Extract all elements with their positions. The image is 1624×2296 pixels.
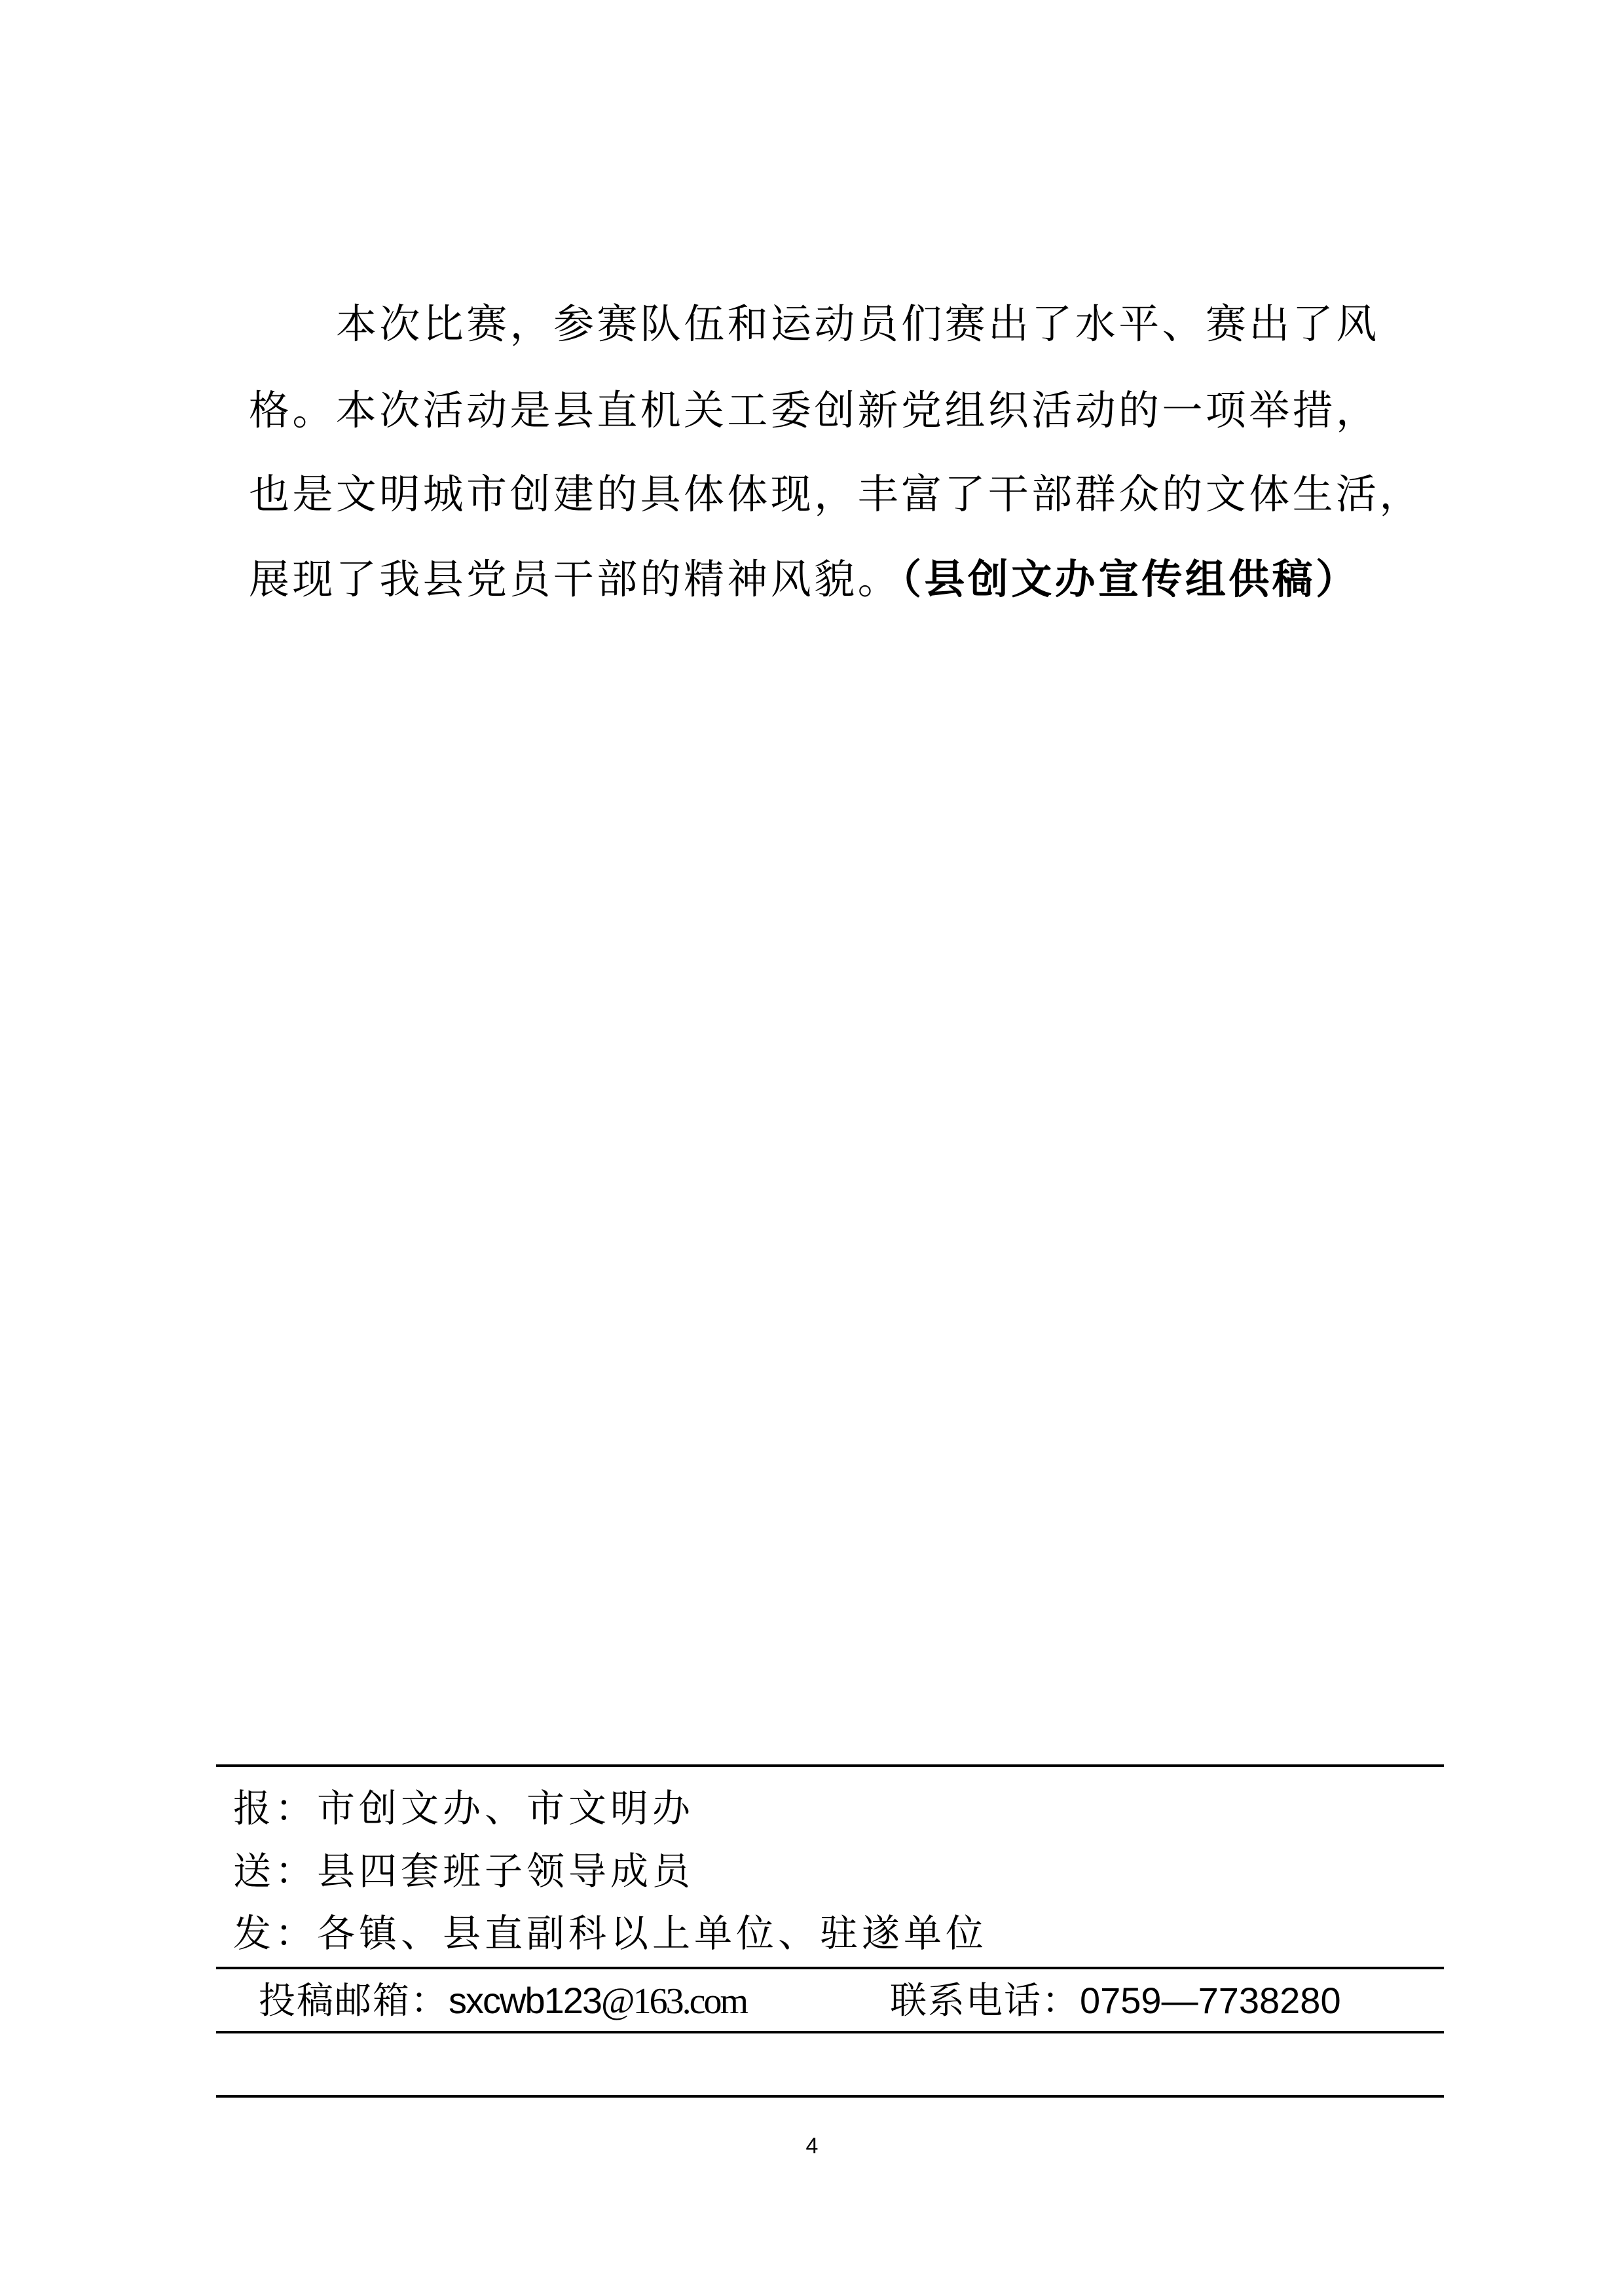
contact-email: 投稿邮箱：sxcwb123@163.com: [259, 1977, 747, 2024]
contact-phone: 联系电话：0759—7738280: [890, 1977, 1341, 2024]
email-label: 投稿邮箱：: [259, 1980, 449, 2022]
send-to-label: 送：: [233, 1849, 317, 1893]
paragraph-line-4: 展现了我县党员干部的精神风貌。（县创文办宣传组供稿）: [249, 556, 1359, 602]
paragraph-line-4-text: 展现了我县党员干部的精神风貌。: [249, 555, 901, 603]
paragraph-line-1: 本次比赛，参赛队伍和运动员们赛出了水平、赛出了风: [336, 301, 1380, 347]
email-domain: @163.com: [601, 1981, 747, 2022]
issue-to-label: 发：: [233, 1911, 317, 1956]
document-page: 本次比赛，参赛队伍和运动员们赛出了水平、赛出了风 格。本次活动是县直机关工委创新…: [0, 0, 1624, 2296]
issue-to-value: 各镇、县直副科以上单位、驻遂单位: [317, 1911, 987, 1956]
footer-rule-top: [216, 1764, 1444, 1767]
source-credit: （县创文办宣传组供稿）: [901, 555, 1359, 603]
email-user: sxcwb123: [449, 1980, 601, 2021]
phone-label: 联系电话：: [890, 1980, 1080, 2022]
footer-rule-middle: [216, 1967, 1444, 1969]
distribution-report-to: 报：市创文办、市文明办: [233, 1785, 694, 1831]
distribution-send-to: 送：县四套班子领导成员: [233, 1848, 694, 1894]
distribution-issue-to: 发：各镇、县直副科以上单位、驻遂单位: [233, 1910, 987, 1956]
report-to-value: 市创文办、市文明办: [317, 1786, 694, 1831]
send-to-value: 县四套班子领导成员: [317, 1849, 694, 1893]
report-to-label: 报：: [233, 1786, 317, 1831]
footer-rule-bottom: [216, 2095, 1444, 2098]
footer-rule-lower: [216, 2031, 1444, 2033]
paragraph-line-2: 格。本次活动是县直机关工委创新党组织活动的一项举措，: [249, 388, 1379, 433]
page-number: 4: [802, 2133, 822, 2159]
paragraph-line-3: 也是文明城市创建的具体体现，丰富了干部群众的文体生活，: [249, 471, 1423, 517]
phone-value: 0759—7738280: [1080, 1980, 1341, 2021]
